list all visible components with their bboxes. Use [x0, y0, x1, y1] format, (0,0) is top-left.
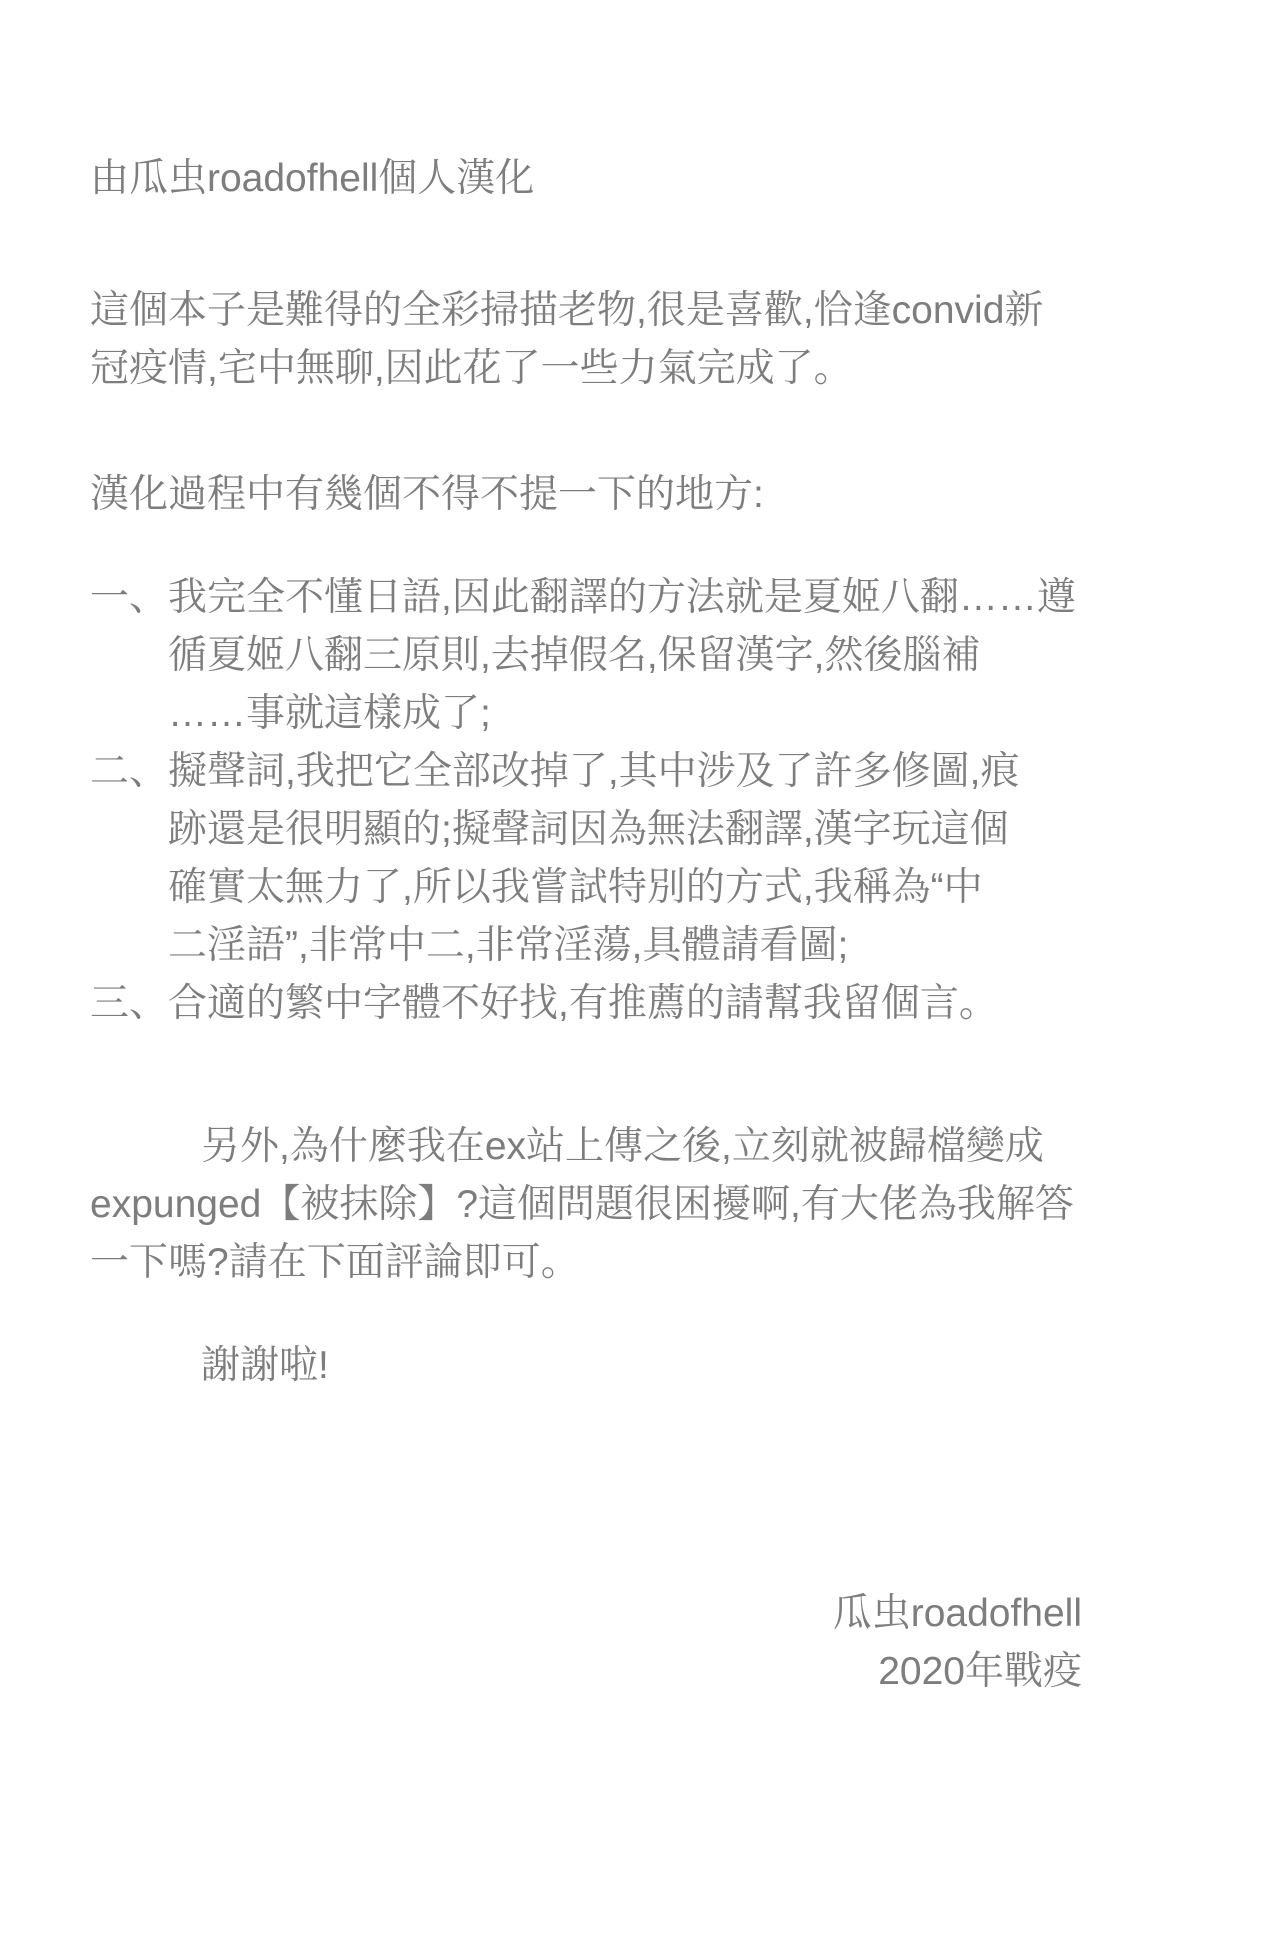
signature-name: 瓜虫roadofhell [90, 1585, 1082, 1643]
notes-heading: 漢化過程中有幾個不得不提一下的地方: [90, 466, 1090, 524]
page-title: 由瓜虫roadofhell個人漢化 [90, 150, 1090, 208]
note-item-1: 一、 我完全不懂日語,因此翻譯的方法就是夏姬八翻……遵循夏姬八翻三原則,去掉假名… [90, 569, 1090, 743]
note-item-2-marker: 二、 [90, 743, 168, 801]
note-item-3-text: 合適的繁中字體不好找,有推薦的請幫我留個言。 [168, 975, 1090, 1033]
note-item-2: 二、 擬聲詞,我把它全部改掉了,其中涉及了許多修圖,痕跡還是很明顯的;擬聲詞因為… [90, 743, 1090, 975]
thanks-line: 謝謝啦! [90, 1337, 1090, 1395]
note-item-1-text: 我完全不懂日語,因此翻譯的方法就是夏姬八翻……遵循夏姬八翻三原則,去掉假名,保留… [168, 569, 1090, 743]
signature-block: 瓜虫roadofhell 2020年戰疫 [90, 1585, 1090, 1701]
postscript-paragraph: 另外,為什麼我在ex站上傳之後,立刻就被歸檔變成expunged【被抹除】?這個… [90, 1118, 1090, 1292]
translator-note-page: 由瓜虫roadofhell個人漢化 這個本子是難得的全彩掃描老物,很是喜歡,恰逢… [0, 0, 1280, 1954]
page-content: 由瓜虫roadofhell個人漢化 這個本子是難得的全彩掃描老物,很是喜歡,恰逢… [90, 150, 1090, 1701]
note-item-3: 三、 合適的繁中字體不好找,有推薦的請幫我留個言。 [90, 975, 1090, 1033]
note-item-2-text: 擬聲詞,我把它全部改掉了,其中涉及了許多修圖,痕跡還是很明顯的;擬聲詞因為無法翻… [168, 743, 1090, 975]
intro-paragraph: 這個本子是難得的全彩掃描老物,很是喜歡,恰逢convid新冠疫情,宅中無聊,因此… [90, 282, 1090, 398]
signature-year: 2020年戰疫 [90, 1643, 1082, 1701]
note-item-1-marker: 一、 [90, 569, 168, 627]
note-item-3-marker: 三、 [90, 975, 168, 1033]
notes-list: 一、 我完全不懂日語,因此翻譯的方法就是夏姬八翻……遵循夏姬八翻三原則,去掉假名… [90, 569, 1090, 1033]
